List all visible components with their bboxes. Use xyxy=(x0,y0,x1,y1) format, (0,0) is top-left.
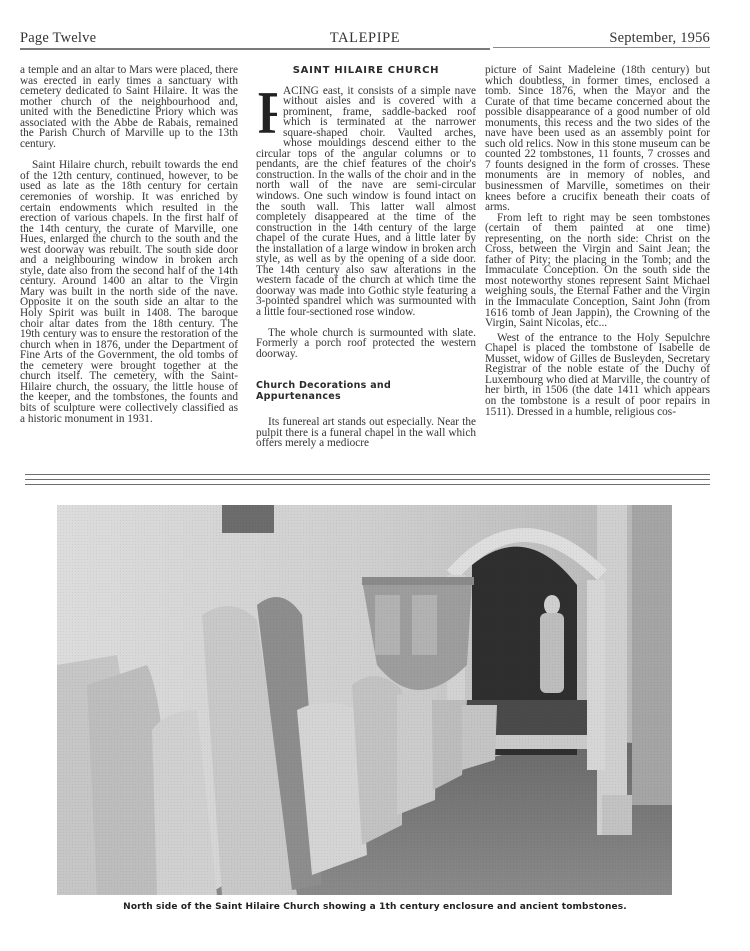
lead-paragraph-wrap: F ACING east, it consists of a simple na… xyxy=(256,86,476,318)
divider-rule xyxy=(25,484,710,485)
paragraph: The whole church is surmounted with slat… xyxy=(256,328,476,360)
paragraph: West of the entrance to the Holy Sepulch… xyxy=(485,333,710,417)
article-column-2: SAINT HILAIRE CHURCH F ACING east, it co… xyxy=(256,65,476,449)
subsection-title: Church Decorations and Appurtenances xyxy=(256,381,476,402)
drop-cap: F xyxy=(258,90,277,140)
article-column-1: a temple and an altar to Mars were place… xyxy=(20,65,238,424)
header-rule-right xyxy=(493,47,710,48)
article-column-3: picture of Saint Madeleine (18th century… xyxy=(485,65,710,417)
divider-rule xyxy=(25,474,710,475)
header-rule-left xyxy=(20,48,490,50)
section-title: SAINT HILAIRE CHURCH xyxy=(256,66,476,77)
paragraph: a temple and an altar to Mars were place… xyxy=(20,65,238,149)
paragraph: From left to right may be seen tombstone… xyxy=(485,213,710,329)
church-interior-photo xyxy=(57,505,672,895)
paragraph: picture of Saint Madeleine (18th century… xyxy=(485,65,710,213)
paragraph: Its funereal art stands out especially. … xyxy=(256,417,476,449)
divider-rule xyxy=(25,479,710,480)
paragraph: ACING east, it consists of a simple nave… xyxy=(256,86,476,318)
issue-date: September, 1956 xyxy=(609,30,710,47)
photo-illustration xyxy=(57,505,672,895)
publication-title: TALEPIPE xyxy=(20,30,710,47)
paragraph: Saint Hilaire church, rebuilt towards th… xyxy=(20,160,238,424)
photo-caption: North side of the Saint Hilaire Church s… xyxy=(0,902,750,912)
